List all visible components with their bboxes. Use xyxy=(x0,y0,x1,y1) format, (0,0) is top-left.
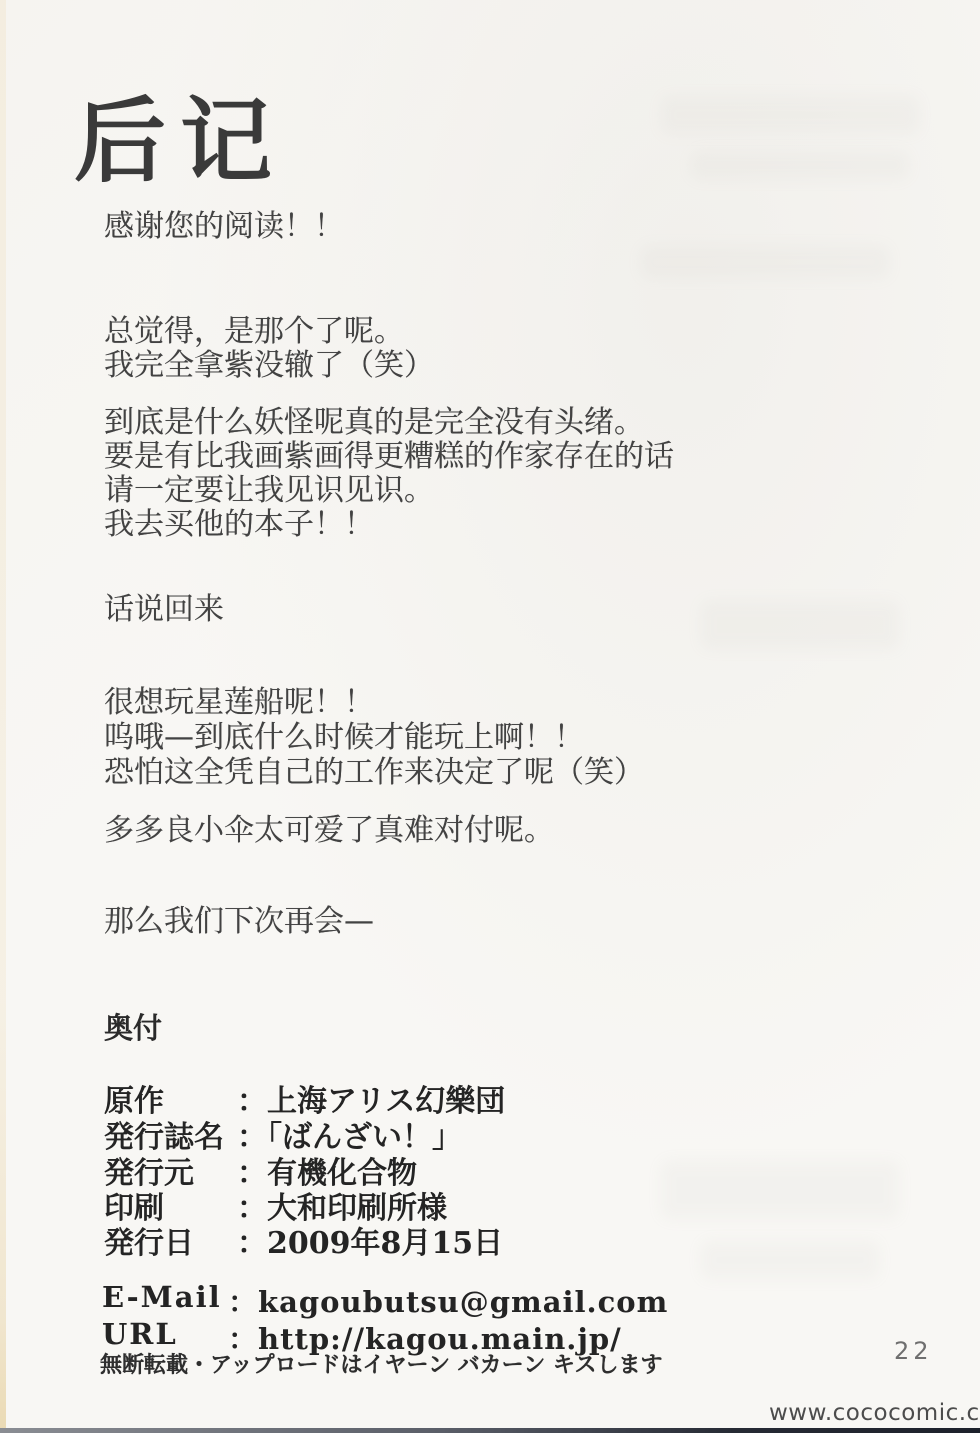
page-title: 后记 xyxy=(74,68,286,200)
ghosting-artifact xyxy=(690,150,910,180)
colophon-row-email: E-Mail：kagoubutsu@gmail.com xyxy=(102,1280,668,1321)
scanned-afterword-page: 后记 感谢您的阅读！！ 总觉得，是那个了呢。 我完全拿紫没辙了（笑） 到底是什么… xyxy=(0,0,980,1433)
no-reproduction-notice: 無断転載・アップロードはイヤーン バカーン キスします xyxy=(100,1348,662,1379)
scan-bottom-edge xyxy=(0,1428,980,1433)
email-label: E-Mail xyxy=(102,1280,228,1321)
scan-left-edge xyxy=(0,0,6,1433)
colophon-label: 発行日 xyxy=(104,1218,237,1262)
colophon-heading: 奥付 xyxy=(104,1006,162,1047)
colophon-row-publication-date: 発行日：2009年8月15日 xyxy=(104,1218,503,1262)
afterword-line: 多多良小伞太可爱了真难对付呢。 xyxy=(104,805,554,849)
afterword-line: 话说回来 xyxy=(104,584,224,628)
ghosting-artifact xyxy=(640,245,890,279)
afterword-line: 我去买他的本子！！ xyxy=(104,499,374,543)
afterword-line: 那么我们下次再会— xyxy=(104,896,374,940)
page-number: 22 xyxy=(894,1337,933,1365)
afterword-line: 感谢您的阅读！！ xyxy=(104,201,344,245)
ghosting-artifact xyxy=(660,95,920,135)
afterword-line: 恐怕这全凭自己的工作来决定了呢（笑） xyxy=(104,747,644,791)
email-value: ：kagoubutsu@gmail.com xyxy=(228,1280,668,1321)
ghosting-artifact xyxy=(700,600,900,650)
ghosting-artifact xyxy=(660,1160,900,1220)
colophon-value: ：2009年8月15日 xyxy=(237,1218,503,1262)
afterword-line: 我完全拿紫没辙了（笑） xyxy=(104,340,434,384)
ghosting-artifact xyxy=(700,1240,880,1280)
site-watermark: www.cococomic.com xyxy=(769,1400,980,1426)
